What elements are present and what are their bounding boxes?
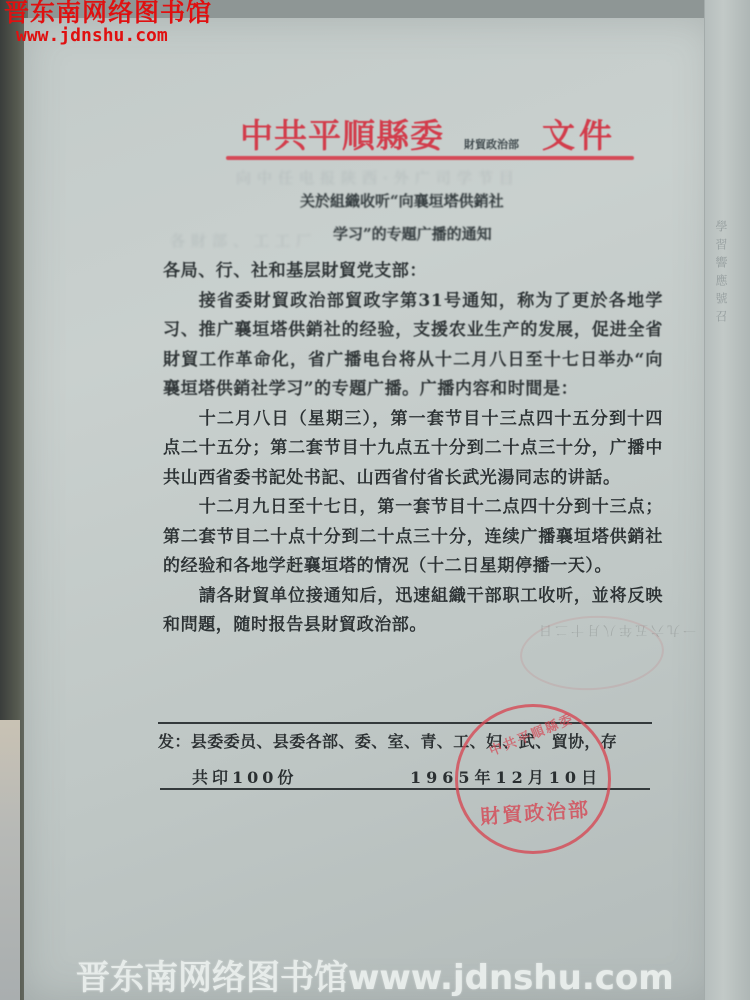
distribution-recipients: 发：县委委员、县委各部、委、室、青、工、妇、武、貿协，存 bbox=[158, 729, 617, 752]
bleed-through-text: 各財部、工工厂 bbox=[170, 230, 317, 251]
subject-line-2: 学习”的专題广播的通知 bbox=[333, 223, 504, 244]
body-paragraph: 接省委財貿政治部貿政字第31号通知，称为了更於各地学习、推广襄垣塔供銷社的经验，… bbox=[163, 287, 663, 405]
letterhead-department: 財貿政治部 bbox=[464, 136, 519, 152]
watermark-bottom: 晋东南网络图书馆www.jdnshu.com bbox=[76, 950, 674, 999]
body-paragraph: 十二月八日（星期三），第一套节目十三点四十五分到十四点二十五分；第二套节目十九点… bbox=[163, 405, 663, 494]
watermark-top-url: www.jdnshu.com bbox=[16, 27, 212, 45]
body-paragraph: 十二月九日至十七日，第一套节目十二点四十分到十三点；第二套节目二十点十分到二十点… bbox=[163, 493, 663, 582]
watermark-top-chinese: 晋东南网络图书馆 bbox=[4, 0, 212, 25]
salutation: 各局、行、社和基层財貿党支部： bbox=[163, 257, 663, 287]
underlying-page-text: 學習響應號召 bbox=[718, 220, 732, 550]
distribution-top-rule bbox=[158, 722, 652, 724]
watermark-top: 晋东南网络图书馆 www.jdnshu.com bbox=[4, 0, 212, 45]
document-subject: 关於組織收听“向襄垣塔供銷社 学习”的专題广播的通知 bbox=[300, 190, 504, 244]
letterhead-suffix: 文件 bbox=[542, 110, 616, 157]
bleed-through-text: 向中任电报陕西·外广司学节目 bbox=[236, 167, 520, 188]
body-paragraph: 請各財貿单位接通知后，迅速組織干部职工收听，並将反映和問題，随时报告县財貿政治部… bbox=[163, 582, 663, 641]
document-body: 各局、行、社和基层財貿党支部： 接省委財貿政治部貿政字第31号通知，称为了更於各… bbox=[163, 257, 663, 641]
background-left-lower bbox=[0, 720, 20, 1000]
letterhead-org: 中共平順縣委 bbox=[240, 110, 444, 157]
letterhead-red-rule bbox=[226, 156, 634, 160]
subject-line-1: 关於組織收听“向襄垣塔供銷社 bbox=[300, 190, 504, 211]
letterhead: 中共平順縣委 財貿政治部 文件 bbox=[232, 108, 632, 158]
distribution-bottom-rule bbox=[160, 788, 650, 790]
issue-date: 1965年12月10日 bbox=[410, 765, 602, 788]
print-copies: 共印100份 bbox=[192, 765, 297, 788]
